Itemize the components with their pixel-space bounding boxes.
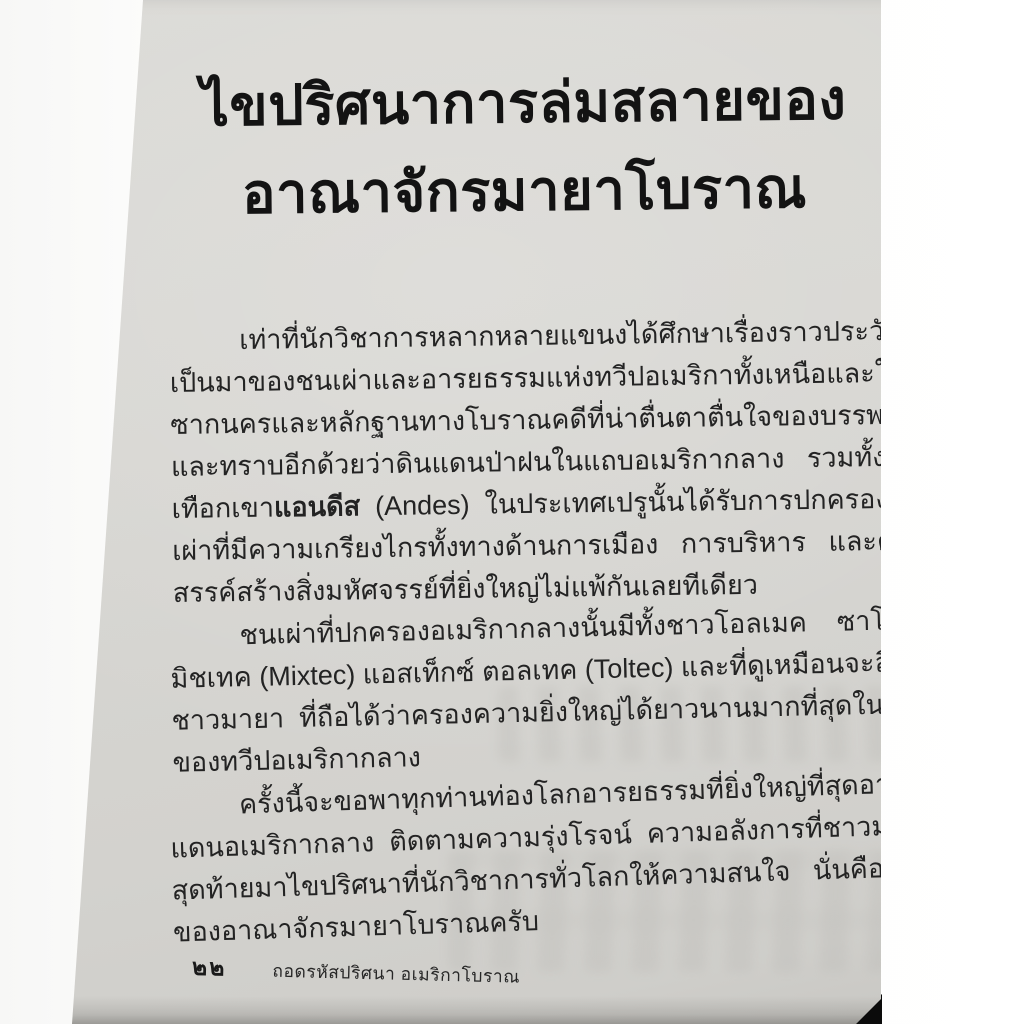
text-segment: เท่าที่นักวิชาการหลากหลายแขนงได้ศึกษาเรื…	[239, 313, 1024, 355]
book-page: ไขปริศนาการล่มสลายของ อาณาจักรมายาโบราณ …	[0, 0, 1024, 1024]
book-page-photo: ไขปริศนาการล่มสลายของ อาณาจักรมายาโบราณ …	[0, 0, 1024, 1024]
running-title: ถอดรหัสปริศนา อเมริกาโบราณ	[272, 957, 520, 991]
paragraph: ชนเผ่าที่ปกครองอเมริกากลางนั้นมีทั้งชาวโ…	[169, 600, 881, 784]
text-segment: สรรค์สร้างสิ่งมหัศจรรย์ที่ยิ่งใหญ่ไม่แพ้…	[173, 570, 759, 608]
page-number: ๒๒	[192, 950, 227, 987]
body-text: เท่าที่นักวิชาการหลากหลายแขนงได้ศึกษาเรื…	[171, 317, 879, 947]
chapter-title-line-2: อาณาจักรมายาโบราณ	[150, 144, 899, 240]
chapter-title: ไขปริศนาการล่มสลายของ อาณาจักรมายาโบราณ	[149, 56, 899, 240]
paragraph: เท่าที่นักวิชาการหลากหลายแขนงได้ศึกษาเรื…	[169, 310, 881, 614]
text-segment: เทือกเขา	[171, 493, 274, 524]
text-segment: ซากนครและหลักฐานทางโบราณคดีที่น่าตื่นตาต…	[170, 397, 1024, 440]
text-segment: (Andes) ในประเทศเปรูนั้นได้รับการปกครองจ…	[360, 481, 1024, 521]
text-segment: ของทวีปอเมริกากลาง	[172, 742, 421, 778]
paragraph: ครั้งนี้จะขอพาทุกท่านท่องโลกอารยธรรมที่ย…	[168, 763, 881, 953]
text-segment: ของอาณาจักรมายาโบราณครับ	[173, 906, 540, 947]
chapter-title-line-1: ไขปริศนาการล่มสลายของ	[149, 56, 898, 152]
text-segment: และทราบอีกด้วยว่าดินแดนป่าฝนในแถบอเมริกา…	[171, 438, 1024, 482]
text-segment: เผ่าที่มีความเกรียงไกรทั้งทางด้านการเมือ…	[172, 523, 1024, 566]
bold-text-segment: แอนดีส	[274, 491, 361, 522]
text-segment: เป็นมาของชนเผ่าและอารยธรรมแห่งทวีปอเมริก…	[170, 354, 1024, 398]
